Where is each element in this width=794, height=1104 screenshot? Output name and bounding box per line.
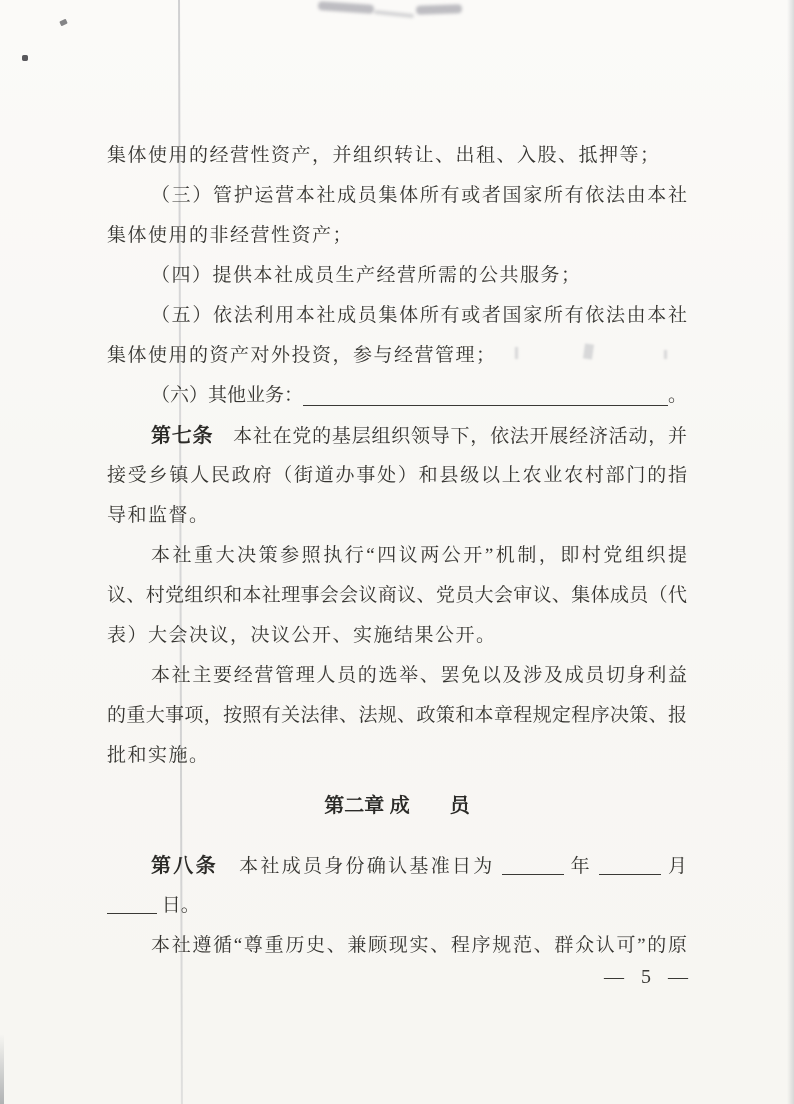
text-line: （五）依法利用本社成员集体所有或者国家所有依法由本社 bbox=[107, 296, 687, 336]
text-segment: 本社在党的基层组织领导下，依法开展经济活动，并 bbox=[213, 426, 687, 447]
text-segment: （六）其他业务： bbox=[151, 376, 303, 416]
fill-in-blank-line bbox=[502, 873, 564, 875]
text-line: 集体使用的经营性资产，并组织转让、出租、入股、抵押等； bbox=[107, 136, 687, 176]
text-line: 本社主要经营管理人员的选举、罢免以及涉及成员切身利益 bbox=[107, 656, 687, 696]
text-segment: 表）大会决议，决议公开、实施结果公开。 bbox=[107, 625, 497, 646]
scan-right-edge-shadow bbox=[787, 0, 794, 1104]
text-line: （六）其他业务：。 bbox=[107, 376, 687, 416]
scanner-smudge bbox=[416, 4, 462, 15]
scanner-smudge bbox=[318, 1, 374, 14]
text-segment: 。 bbox=[668, 376, 687, 416]
text-segment: 第八条 bbox=[151, 855, 218, 877]
document-body: 集体使用的经营性资产，并组织转让、出租、入股、抵押等；（三）管护运营本社成员集体… bbox=[107, 136, 687, 966]
text-segment: 日。 bbox=[157, 895, 200, 916]
scanner-smudge bbox=[374, 10, 414, 18]
text-segment: 第七条 bbox=[151, 425, 213, 447]
chapter-heading: 第二章 成 员 bbox=[107, 784, 687, 824]
text-line: 导和监督。 bbox=[107, 496, 687, 536]
fill-in-blank-line bbox=[599, 873, 661, 875]
text-line: （四）提供本社成员生产经营所需的公共服务； bbox=[107, 256, 687, 296]
text-segment: 集体使用的非经营性资产； bbox=[107, 225, 353, 246]
scanner-speck bbox=[22, 55, 28, 61]
text-line: 日。 bbox=[107, 886, 687, 926]
text-line: 本社遵循“尊重历史、兼顾现实、程序规范、群众认可”的原 bbox=[107, 926, 687, 966]
text-segment: （三）管护运营本社成员集体所有或者国家所有依法由本社 bbox=[151, 185, 687, 206]
text-line: 接受乡镇人民政府（街道办事处）和县级以上农业农村部门的指 bbox=[107, 456, 687, 496]
text-line: （三）管护运营本社成员集体所有或者国家所有依法由本社 bbox=[107, 176, 687, 216]
text-segment: （五）依法利用本社成员集体所有或者国家所有依法由本社 bbox=[151, 305, 687, 326]
text-segment: 第二章 成 员 bbox=[324, 795, 470, 817]
text-line: 第七条 本社在党的基层组织领导下，依法开展经济活动，并 bbox=[107, 416, 687, 456]
text-line: 议、村党组织和本社理事会会议商议、党员大会审议、集体成员（代 bbox=[107, 576, 687, 616]
text-segment: 月 bbox=[661, 856, 687, 877]
fill-in-blank-line bbox=[107, 912, 157, 914]
fill-in-blank-line bbox=[303, 376, 668, 406]
text-segment: 本社成员身份确认基准日为 bbox=[218, 856, 502, 877]
text-line: 的重大事项，按照有关法律、法规、政策和本章程规定程序决策、报 bbox=[107, 696, 687, 736]
text-segment: 本社主要经营管理人员的选举、罢免以及涉及成员切身利益 bbox=[151, 665, 687, 686]
text-segment: 议、村党组织和本社理事会会议商议、党员大会审议、集体成员（代 bbox=[107, 585, 687, 606]
text-line: 本社重大决策参照执行“四议两公开”机制，即村党组织提 bbox=[107, 536, 687, 576]
text-line: 集体使用的资产对外投资，参与经营管理； bbox=[107, 336, 687, 376]
scan-corner-shadow bbox=[0, 1034, 4, 1104]
text-segment: 的重大事项，按照有关法律、法规、政策和本章程规定程序决策、报 bbox=[107, 705, 687, 726]
text-segment: 本社遵循“尊重历史、兼顾现实、程序规范、群众认可”的原 bbox=[151, 935, 687, 956]
text-segment: 集体使用的经营性资产，并组织转让、出租、入股、抵押等； bbox=[107, 145, 661, 166]
text-segment: 本社重大决策参照执行“四议两公开”机制，即村党组织提 bbox=[151, 545, 687, 566]
text-line: 批和实施。 bbox=[107, 736, 687, 776]
page-number: — 5 — bbox=[604, 966, 694, 989]
text-line: 集体使用的非经营性资产； bbox=[107, 216, 687, 256]
text-segment: 批和实施。 bbox=[107, 745, 210, 766]
text-line: 表）大会决议，决议公开、实施结果公开。 bbox=[107, 616, 687, 656]
text-line: 第八条 本社成员身份确认基准日为 年 月 bbox=[107, 846, 687, 886]
text-segment: 集体使用的资产对外投资，参与经营管理； bbox=[107, 345, 497, 366]
text-segment: 接受乡镇人民政府（街道办事处）和县级以上农业农村部门的指 bbox=[107, 465, 687, 486]
text-segment: 年 bbox=[564, 856, 599, 877]
scanner-speck bbox=[59, 19, 67, 26]
text-segment: （四）提供本社成员生产经营所需的公共服务； bbox=[151, 265, 582, 286]
text-segment: 导和监督。 bbox=[107, 505, 210, 526]
